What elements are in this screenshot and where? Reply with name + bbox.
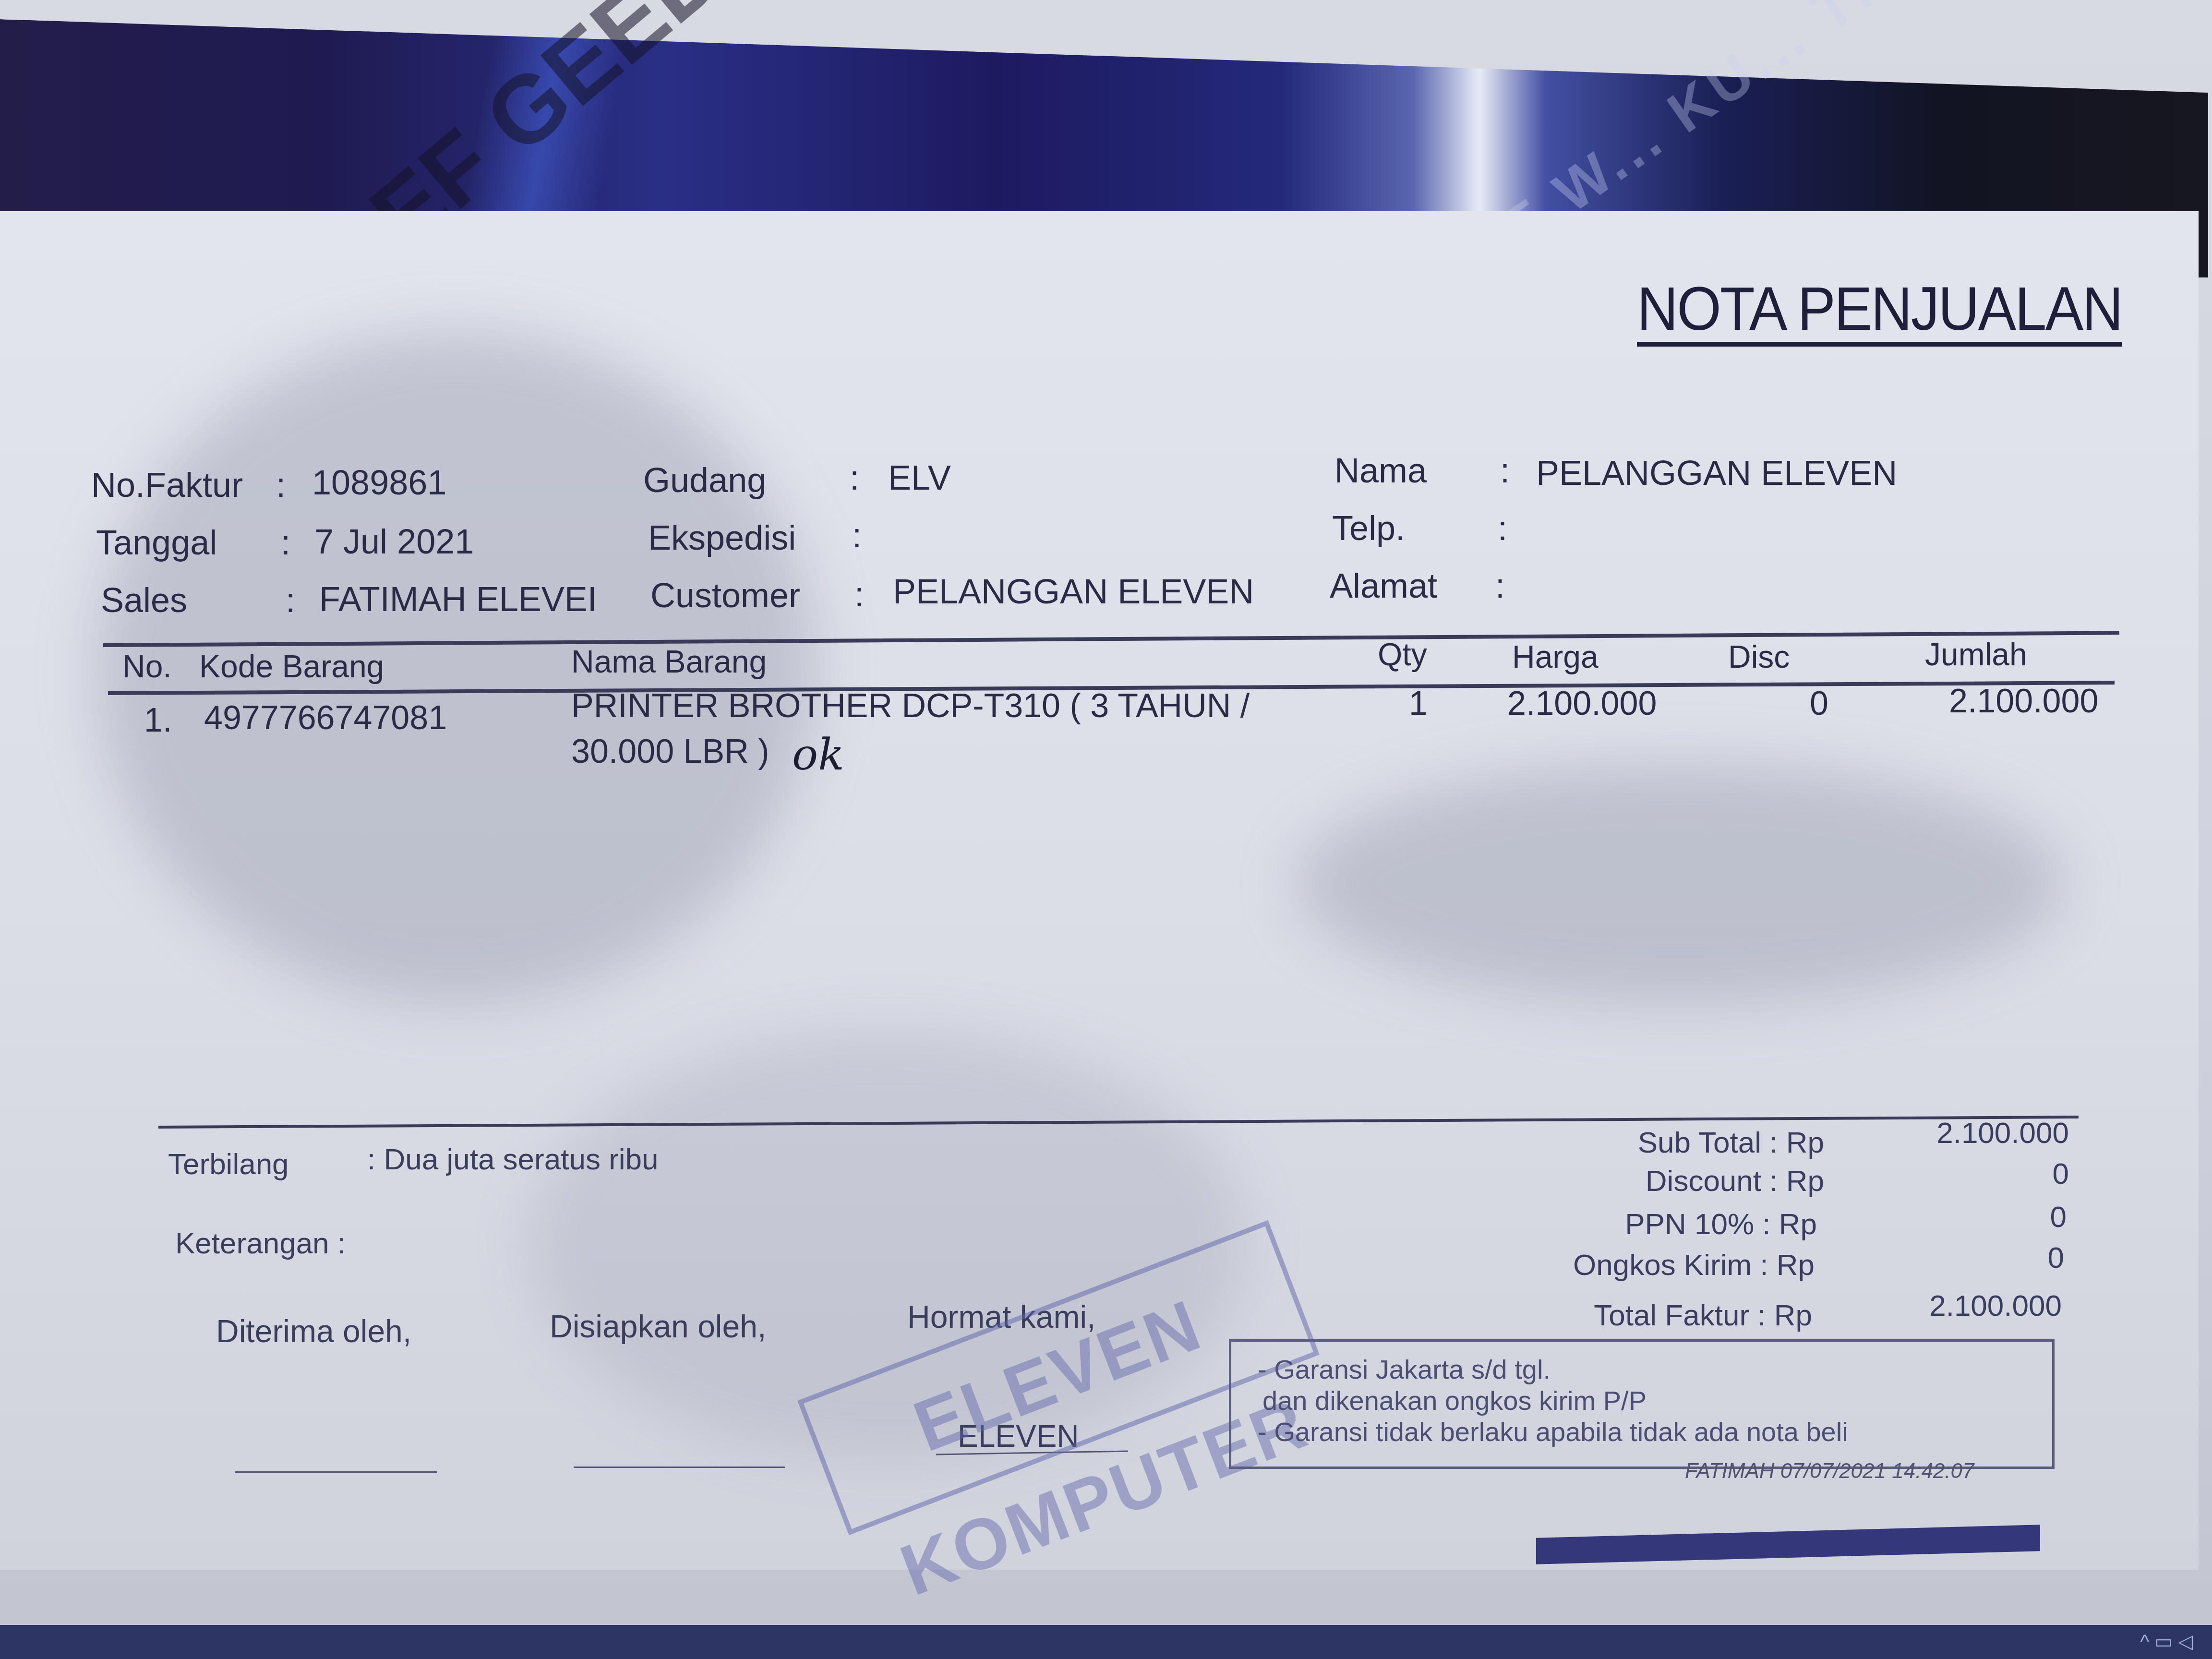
label-alamat: Alamat: [1330, 566, 1437, 606]
col-header-jumlah: Jumlah: [1925, 636, 2027, 673]
colon: :: [276, 466, 286, 505]
colon: :: [1498, 509, 1507, 548]
colon: :: [1495, 566, 1505, 606]
total-value-ppn: 0: [1875, 1200, 2067, 1234]
col-header-harga: Harga: [1512, 638, 1599, 675]
total-label-discount: Discount : Rp: [1488, 1164, 1824, 1198]
label-nama: Nama: [1334, 451, 1427, 491]
col-header-no: No.: [122, 648, 172, 685]
colon: :: [854, 575, 864, 614]
total-value-ongkos: 0: [1872, 1241, 2064, 1275]
value-customer: PELANGGAN ELEVEN: [893, 572, 1254, 612]
total-value-total-faktur: 2.100.000: [1870, 1289, 2062, 1323]
label-tanggal: Tanggal: [96, 523, 217, 563]
glare-shadow: [1296, 763, 2064, 1003]
total-label-total-faktur: Total Faktur : Rp: [1476, 1298, 1812, 1333]
value-nama: PELANGGAN ELEVEN: [1536, 454, 1897, 493]
label-sales: Sales: [101, 581, 187, 620]
printed-by-timestamp: FATIMAH 07/07/2021 14:42:07: [1685, 1459, 1974, 1483]
label-customer: Customer: [650, 576, 800, 615]
label-ekspedisi: Ekspedisi: [648, 518, 796, 558]
value-no-faktur: 1089861: [312, 463, 446, 503]
total-label-ppn: PPN 10% : Rp: [1481, 1207, 1817, 1241]
col-header-disc: Disc: [1728, 638, 1790, 675]
label-terbilang: Terbilang: [168, 1147, 289, 1181]
label-telp: Telp.: [1332, 509, 1405, 548]
label-gudang: Gudang: [643, 461, 766, 500]
total-value-subtotal: 2.100.000: [1877, 1116, 2069, 1150]
total-label-ongkos: Ongkos Kirim : Rp: [1479, 1248, 1815, 1282]
os-taskbar: ^ ▭ ◁: [0, 1625, 2212, 1659]
label-no-faktur: No.Faktur: [91, 466, 243, 505]
cell-kode: 4977766747081: [204, 698, 447, 737]
handwritten-ok-mark: ok: [792, 730, 844, 780]
document-title: NOTA PENJUALAN: [1637, 278, 2122, 347]
system-tray-icons[interactable]: ^ ▭ ◁: [2140, 1631, 2193, 1653]
colon: :: [852, 516, 862, 555]
cell-qty: 1: [1409, 684, 1428, 722]
cell-no: 1.: [144, 701, 172, 739]
col-header-qty: Qty: [1378, 636, 1427, 673]
value-tanggal: 7 Jul 2021: [314, 522, 474, 562]
warranty-line-3: - Garansi tidak berlaku apabila tidak ad…: [1258, 1416, 1848, 1447]
cell-disc: 0: [1810, 684, 1828, 722]
cell-nama-line2: 30.000 LBR ): [571, 732, 769, 770]
colon: :: [286, 581, 295, 620]
value-sales: FATIMAH ELEVEI: [319, 580, 597, 619]
cell-jumlah: 2.100.000: [1949, 682, 2098, 720]
total-value-discount: 0: [1877, 1157, 2069, 1191]
value-terbilang: : Dua juta seratus ribu: [367, 1142, 659, 1177]
colon: :: [850, 458, 859, 498]
colon: :: [281, 523, 290, 563]
signature-line-disiapkan: [574, 1467, 785, 1468]
col-header-kode: Kode Barang: [199, 648, 384, 685]
value-gudang: ELV: [888, 458, 951, 498]
sig-disiapkan: Disiapkan oleh,: [550, 1308, 766, 1345]
cell-harga: 2.100.000: [1507, 684, 1657, 722]
total-label-subtotal: Sub Total : Rp: [1488, 1126, 1824, 1160]
warranty-line-1: - Garansi Jakarta s/d tgl.: [1258, 1354, 1551, 1385]
label-keterangan: Keterangan :: [175, 1226, 346, 1261]
colon: :: [1500, 451, 1510, 491]
signature-line-diterima: [235, 1471, 437, 1473]
warranty-line-2: dan dikenakan ongkos kirim P/P: [1262, 1385, 1647, 1416]
photo-of-screen: EF GEED ...NDLE W... KU... TI-HAT... NOT…: [0, 0, 2212, 1659]
cell-nama-line1: PRINTER BROTHER DCP-T310 ( 3 TAHUN /: [571, 686, 1250, 725]
col-header-nama: Nama Barang: [571, 643, 767, 680]
sig-diterima: Diterima oleh,: [216, 1313, 411, 1349]
